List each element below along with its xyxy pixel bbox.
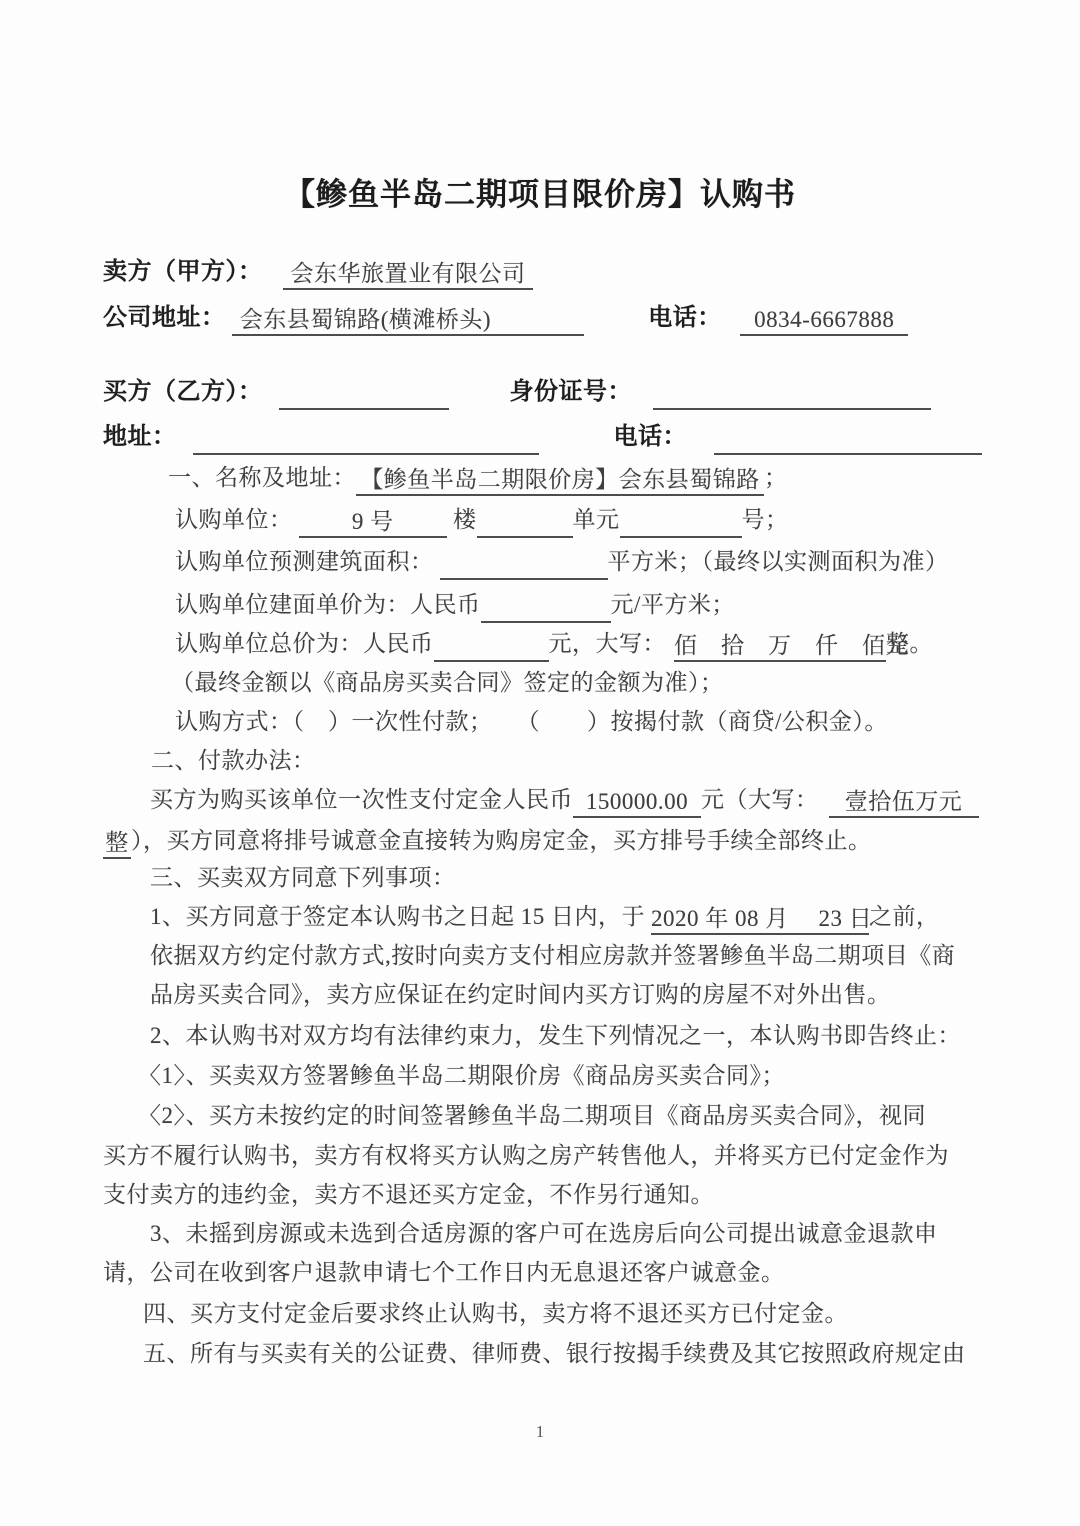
- project-name-label: 一、名称及地址：: [168, 465, 356, 490]
- area-end: 平方米；（最终以实测面积为准）: [608, 549, 949, 574]
- unit-building-value: 9 号: [299, 505, 447, 538]
- deposit-text: 买方为购买该单位一次性支付定金人民币: [150, 787, 573, 812]
- unit-sep-lou: 楼: [453, 507, 477, 532]
- clause1-line2: 依据双方约定付款方式,按时向卖方支付相应房款并签署鲹鱼半岛二期项目《商: [103, 938, 990, 974]
- deposit-words-cont: 整: [103, 826, 131, 859]
- total-price-label: 认购单位总价为：人民币: [175, 631, 434, 656]
- total-price-end: 整。: [886, 631, 933, 656]
- deposit-paragraph-line2: 整），买方同意将排号诚意金直接转为购房定金，买方排号手续全部终止。: [103, 823, 990, 859]
- unit-price-line: 认购单位建面单价为：人民币元/平方米；: [103, 587, 990, 623]
- deposit-paragraph-line1: 买方为购买该单位一次性支付定金人民币150000.00元（大写：壹拾伍万元: [103, 782, 990, 818]
- seller-address-value: 会东县蜀锦路(横滩桥头): [232, 303, 584, 336]
- clause5-line: 五、所有与买卖有关的公证费、律师费、银行按揭手续费及其它按照政府规定由: [103, 1336, 990, 1372]
- clause1-date-value: 2020 年 08 月 23 日: [651, 902, 869, 935]
- total-price-line: 认购单位总价为：人民币元，大写：佰 拾 万 仟 佰元整。: [103, 626, 990, 662]
- clause3-line1: 3、未摇到房源或未选到合适房源的客户可在选房后向公司提出诚意金退款申: [103, 1216, 990, 1252]
- deposit-mid: 元（大写：: [701, 787, 819, 812]
- unit-sep-danyuan: 单元: [573, 507, 620, 532]
- total-price-words: 佰 拾 万 仟 佰元: [674, 629, 886, 662]
- buyer-address-row: 地址： 电话：: [103, 419, 990, 455]
- clause2-item2-line3: 支付卖方的违约金，卖方不退还买方定金，不作另行通知。: [103, 1177, 990, 1213]
- buyer-party-row: 买方（乙方）： 身份证号：: [103, 374, 990, 410]
- deposit-text-cont: ），买方同意将排号诚意金直接转为购房定金，买方排号手续全部终止。: [131, 828, 872, 853]
- clause2-item2-line1: 〈2〉、买方未按约定的时间签署鲹鱼半岛二期项目《商品房买卖合同》，视同: [103, 1098, 990, 1134]
- buyer-name-blank: [279, 377, 449, 410]
- buyer-phone-label: 电话：: [614, 423, 688, 450]
- area-blank: [440, 547, 608, 580]
- project-name-value: 【鲹鱼半岛二期限价房】会东县蜀锦路: [356, 463, 764, 496]
- unit-line: 认购单位： 9 号 楼单元号；: [103, 502, 990, 538]
- clause3-line2: 请，公司在收到客户退款申请七个工作日内无息退还客户诚意金。: [103, 1255, 990, 1291]
- area-label: 认购单位预测建筑面积：: [175, 549, 434, 574]
- clause2-line: 2、本认购书对双方均有法律约束力，发生下列情况之一，本认购书即告终止：: [103, 1018, 990, 1054]
- document-title: 【鲹鱼半岛二期项目限价房】认购书: [0, 176, 1080, 214]
- clause4-line: 四、买方支付定金后要求终止认购书，卖方将不退还买方已付定金。: [103, 1296, 990, 1332]
- buyer-address-label: 地址：: [103, 423, 177, 450]
- clause1-text-b: 之前，: [869, 904, 940, 929]
- clause2-item2-line2: 买方不履行认购书，卖方有权将买方认购之房产转售他人，并将买方已付定金作为: [103, 1138, 990, 1174]
- unit-price-blank: [481, 590, 611, 623]
- seller-address-label: 公司地址：: [103, 304, 226, 331]
- page-number: 1: [0, 1422, 1080, 1442]
- clause1-line1: 1、买方同意于签定本认购书之日起 15 日内，于2020 年 08 月 23 日…: [103, 899, 990, 935]
- buyer-party-label: 买方（乙方）：: [103, 378, 263, 405]
- seller-company-name: 会东华旅置业有限公司: [283, 257, 533, 290]
- seller-address-row: 公司地址： 会东县蜀锦路(横滩桥头) 电话： 0834-6667888: [103, 300, 990, 336]
- project-name-line: 一、名称及地址：【鲹鱼半岛二期限价房】会东县蜀锦路；: [103, 460, 990, 496]
- project-name-end: ；: [764, 465, 788, 490]
- section2-heading: 二、付款办法：: [103, 743, 990, 779]
- clause1-text-a: 1、买方同意于签定本认购书之日起 15 日内，于: [150, 904, 645, 929]
- seller-phone-value: 0834-6667888: [740, 303, 908, 336]
- area-line: 认购单位预测建筑面积：平方米；（最终以实测面积为准）: [103, 544, 990, 580]
- seller-party-label: 卖方（甲方）：: [103, 258, 263, 285]
- unit-price-end: 元/平方米；: [611, 592, 735, 617]
- seller-phone-label: 电话：: [648, 304, 722, 331]
- buyer-id-blank: [653, 377, 931, 410]
- unit-lou-blank: [477, 505, 573, 538]
- section3-heading: 三、买卖双方同意下列事项：: [103, 860, 990, 896]
- unit-price-label: 认购单位建面单价为：人民币: [175, 592, 481, 617]
- scanned-contract-page: 【鲹鱼半岛二期项目限价房】认购书 卖方（甲方）： 会东华旅置业有限公司 公司地址…: [0, 0, 1080, 1526]
- deposit-amount-value: 150000.00: [573, 785, 701, 818]
- clause2-item1: 〈1〉、买卖双方签署鲹鱼半岛二期限价房《商品房买卖合同》；: [103, 1058, 990, 1094]
- unit-end: 号；: [742, 507, 789, 532]
- total-price-blank: [434, 629, 549, 662]
- unit-label: 认购单位：: [175, 507, 293, 532]
- deposit-words-value: 壹拾伍万元: [829, 785, 979, 818]
- total-price-mid: 元，大写：: [549, 631, 667, 656]
- final-amount-note: （最终金额以《商品房买卖合同》签定的金额为准）；: [103, 665, 990, 701]
- buyer-address-blank: [193, 422, 539, 455]
- seller-party-row: 卖方（甲方）： 会东华旅置业有限公司: [103, 254, 990, 290]
- buyer-id-label: 身份证号：: [510, 378, 633, 405]
- clause1-line3: 品房买卖合同》，卖方应保证在约定时间内买方订购的房屋不对外出售。: [103, 977, 990, 1013]
- unit-danyuan-blank: [620, 505, 742, 538]
- buyer-phone-blank: [714, 422, 982, 455]
- payment-method-line: 认购方式：（ ）一次性付款； （ ）按揭付款（商贷/公积金）。: [103, 704, 990, 740]
